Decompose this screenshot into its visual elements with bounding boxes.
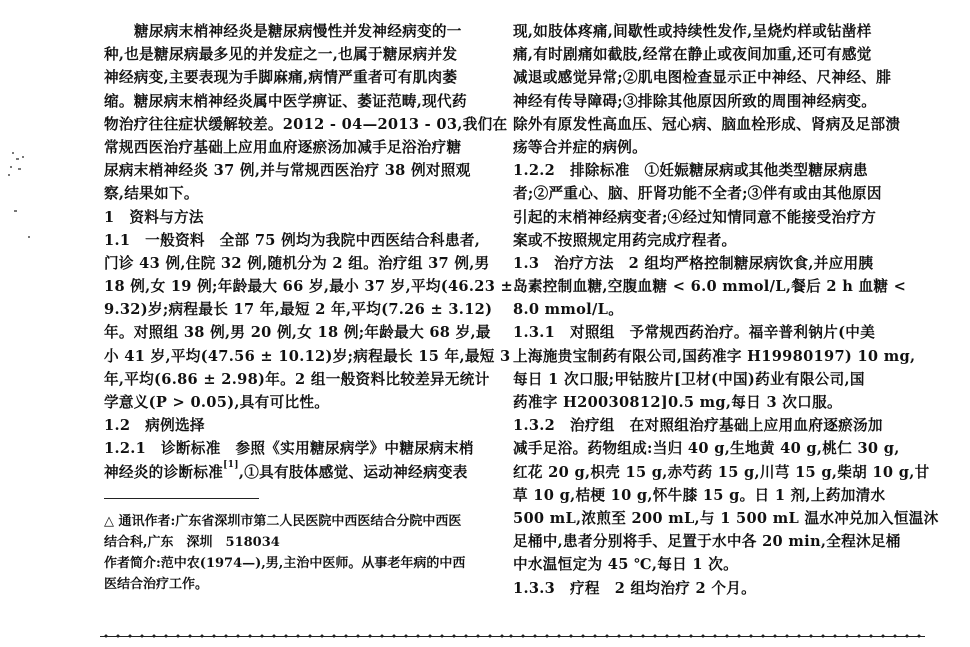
paragraph-line: 神经有传导障碍;③排除其他原因所致的周围神经病变。 xyxy=(513,90,923,113)
subsection-exclusion: 1.2.2 排除标准 ①妊娠糖尿病或其他类型糖尿病患 xyxy=(513,159,923,182)
scan-artifact xyxy=(4,150,34,250)
footnote-author-bio-cont: 医结合治疗工作。 xyxy=(104,574,502,595)
paragraph-line: 学意义(P > 0.05),具有可比性。 xyxy=(104,391,502,414)
paragraph-line: 8.0 mmol/L。 xyxy=(513,298,923,321)
paragraph-line: 岛素控制血糖,空腹血糖 < 6.0 mmol/L,餐后 2 h 血糖 < xyxy=(513,275,923,298)
subsection-course: 1.3.3 疗程 2 组均治疗 2 个月。 xyxy=(513,577,923,600)
paragraph-line: 中水温恒定为 45 ℃,每日 1 次。 xyxy=(513,553,923,576)
paragraph-line: 缩。糖尿病末梢神经炎属中医学痹证、萎证范畴,现代药 xyxy=(104,90,502,113)
paragraph-line: 案或不按照规定用药完成疗程者。 xyxy=(513,229,923,252)
paragraph-line: 年,平均(6.86 ± 2.98)年。2 组一般资料比较差异无统计 xyxy=(104,368,502,391)
paragraph-line: 察,结果如下。 xyxy=(104,182,502,205)
paragraph-line: 引起的末梢神经病变者;④经过知情同意不能接受治疗方 xyxy=(513,206,923,229)
document-page: 糖尿病末梢神经炎是糖尿病慢性并发神经病变的一 种,也是糖尿病最多见的并发症之一,… xyxy=(0,0,970,647)
paragraph-line: 9.32)岁;病程最长 17 年,最短 2 年,平均(7.26 ± 3.12) xyxy=(104,298,502,321)
paragraph-line: 小 41 岁,平均(47.56 ± 10.12)岁;病程最长 15 年,最短 3 xyxy=(104,345,502,368)
subsection-control-group: 1.3.1 对照组 予常规西药治疗。福辛普利钠片(中美 xyxy=(513,321,923,344)
paragraph-line: 减退或感觉异常;②肌电图检查显示正中神经、尺神经、腓 xyxy=(513,66,923,89)
paragraph-line: 尿病末梢神经炎 37 例,并与常规西医治疗 38 例对照观 xyxy=(104,159,502,182)
paragraph-line: 草 10 g,桔梗 10 g,怀牛膝 15 g。日 1 剂,上药加清水 xyxy=(513,484,923,507)
paragraph-line: 门诊 43 例,住院 32 例,随机分为 2 组。治疗组 37 例,男 xyxy=(104,252,502,275)
footnote-author-bio: 作者简介:范中农(1974—),男,主治中医师。从事老年病的中西 xyxy=(104,553,502,574)
section-heading: 1 资料与方法 xyxy=(104,206,502,229)
paragraph-line: 上海施贵宝制药有限公司,国药准字 H19980197) 10 mg, xyxy=(513,345,923,368)
right-column: 现,如肢体疼痛,间歇性或持续性发作,呈烧灼样或钻凿样 痛,有时剧痛如截肢,经常在… xyxy=(513,20,923,600)
paragraph-line: 常规西医治疗基础上应用血府逐瘀汤加减手足浴治疗糖 xyxy=(104,136,502,159)
left-column: 糖尿病末梢神经炎是糖尿病慢性并发神经病变的一 种,也是糖尿病最多见的并发症之一,… xyxy=(104,20,502,595)
paragraph-line: 药准字 H20030812]0.5 mg,每日 3 次口服。 xyxy=(513,391,923,414)
subsection-treatment-group: 1.3.2 治疗组 在对照组治疗基础上应用血府逐瘀汤加 xyxy=(513,414,923,437)
footnote-divider xyxy=(104,498,259,499)
subsection-treatment: 1.3 治疗方法 2 组均严格控制糖尿病饮食,并应用胰 xyxy=(513,252,923,275)
paragraph-line: 神经病变,主要表现为手脚麻痛,病情严重者可有肌肉萎 xyxy=(104,66,502,89)
paragraph-line: 种,也是糖尿病最多见的并发症之一,也属于糖尿病并发 xyxy=(104,43,502,66)
subsection-diagnosis: 1.2.1 诊断标准 参照《实用糖尿病学》中糖尿病末梢 xyxy=(104,437,502,460)
footnote-address: 结合科,广东 深圳 518034 xyxy=(104,532,502,553)
paragraph-line: 红花 20 g,枳壳 15 g,赤芍药 15 g,川芎 15 g,柴胡 10 g… xyxy=(513,461,923,484)
paragraph-line: 除外有原发性高血压、冠心病、脑血栓形成、肾病及足部溃 xyxy=(513,113,923,136)
paragraph-line: 神经炎的诊断标准[1],①具有肢体感觉、运动神经病变表 xyxy=(104,461,502,484)
paragraph-line: 年。对照组 38 例,男 20 例,女 18 例;年龄最大 68 岁,最 xyxy=(104,321,502,344)
paragraph-line: 每日 1 次口服;甲钴胺片[卫材(中国)药业有限公司,国 xyxy=(513,368,923,391)
paragraph-line: 痛,有时剧痛如截肢,经常在静止或夜间加重,还可有感觉 xyxy=(513,43,923,66)
paragraph-line: 足桶中,患者分别将手、足置于水中各 20 min,全程沐足桶 xyxy=(513,530,923,553)
line-text: ,①具有肢体感觉、运动神经病变表 xyxy=(239,464,468,481)
paragraph-line: 糖尿病末梢神经炎是糖尿病慢性并发神经病变的一 xyxy=(104,20,502,43)
paragraph-line: 18 例,女 19 例;年龄最大 66 岁,最小 37 岁,平均(46.23 ± xyxy=(104,275,502,298)
subsection-heading: 1.2 病例选择 xyxy=(104,414,502,437)
paragraph-line: 物治疗往往症状缓解较差。2012 - 04—2013 - 03,我们在 xyxy=(104,113,502,136)
paragraph-line: 现,如肢体疼痛,间歇性或持续性发作,呈烧灼样或钻凿样 xyxy=(513,20,923,43)
subsection-general-data: 1.1 一般资料 全部 75 例均为我院中西医结合科患者, xyxy=(104,229,502,252)
decorative-separator-right xyxy=(505,634,925,638)
citation-ref[interactable]: [1] xyxy=(223,460,239,470)
paragraph-line: 500 mL,浓煎至 200 mL,与 1 500 mL 温水冲兑加入恒温沐 xyxy=(513,507,923,530)
paragraph-line: 者;②严重心、脑、肝肾功能不全者;③伴有或由其他原因 xyxy=(513,182,923,205)
decorative-separator-left xyxy=(100,634,505,638)
line-text: 神经炎的诊断标准 xyxy=(104,464,223,481)
paragraph-line: 疡等合并症的病例。 xyxy=(513,136,923,159)
paragraph-line: 减手足浴。药物组成:当归 40 g,生地黄 40 g,桃仁 30 g, xyxy=(513,437,923,460)
footnote-corresponding-author: △ 通讯作者:广东省深圳市第二人民医院中西医结合分院中西医 xyxy=(104,511,502,532)
